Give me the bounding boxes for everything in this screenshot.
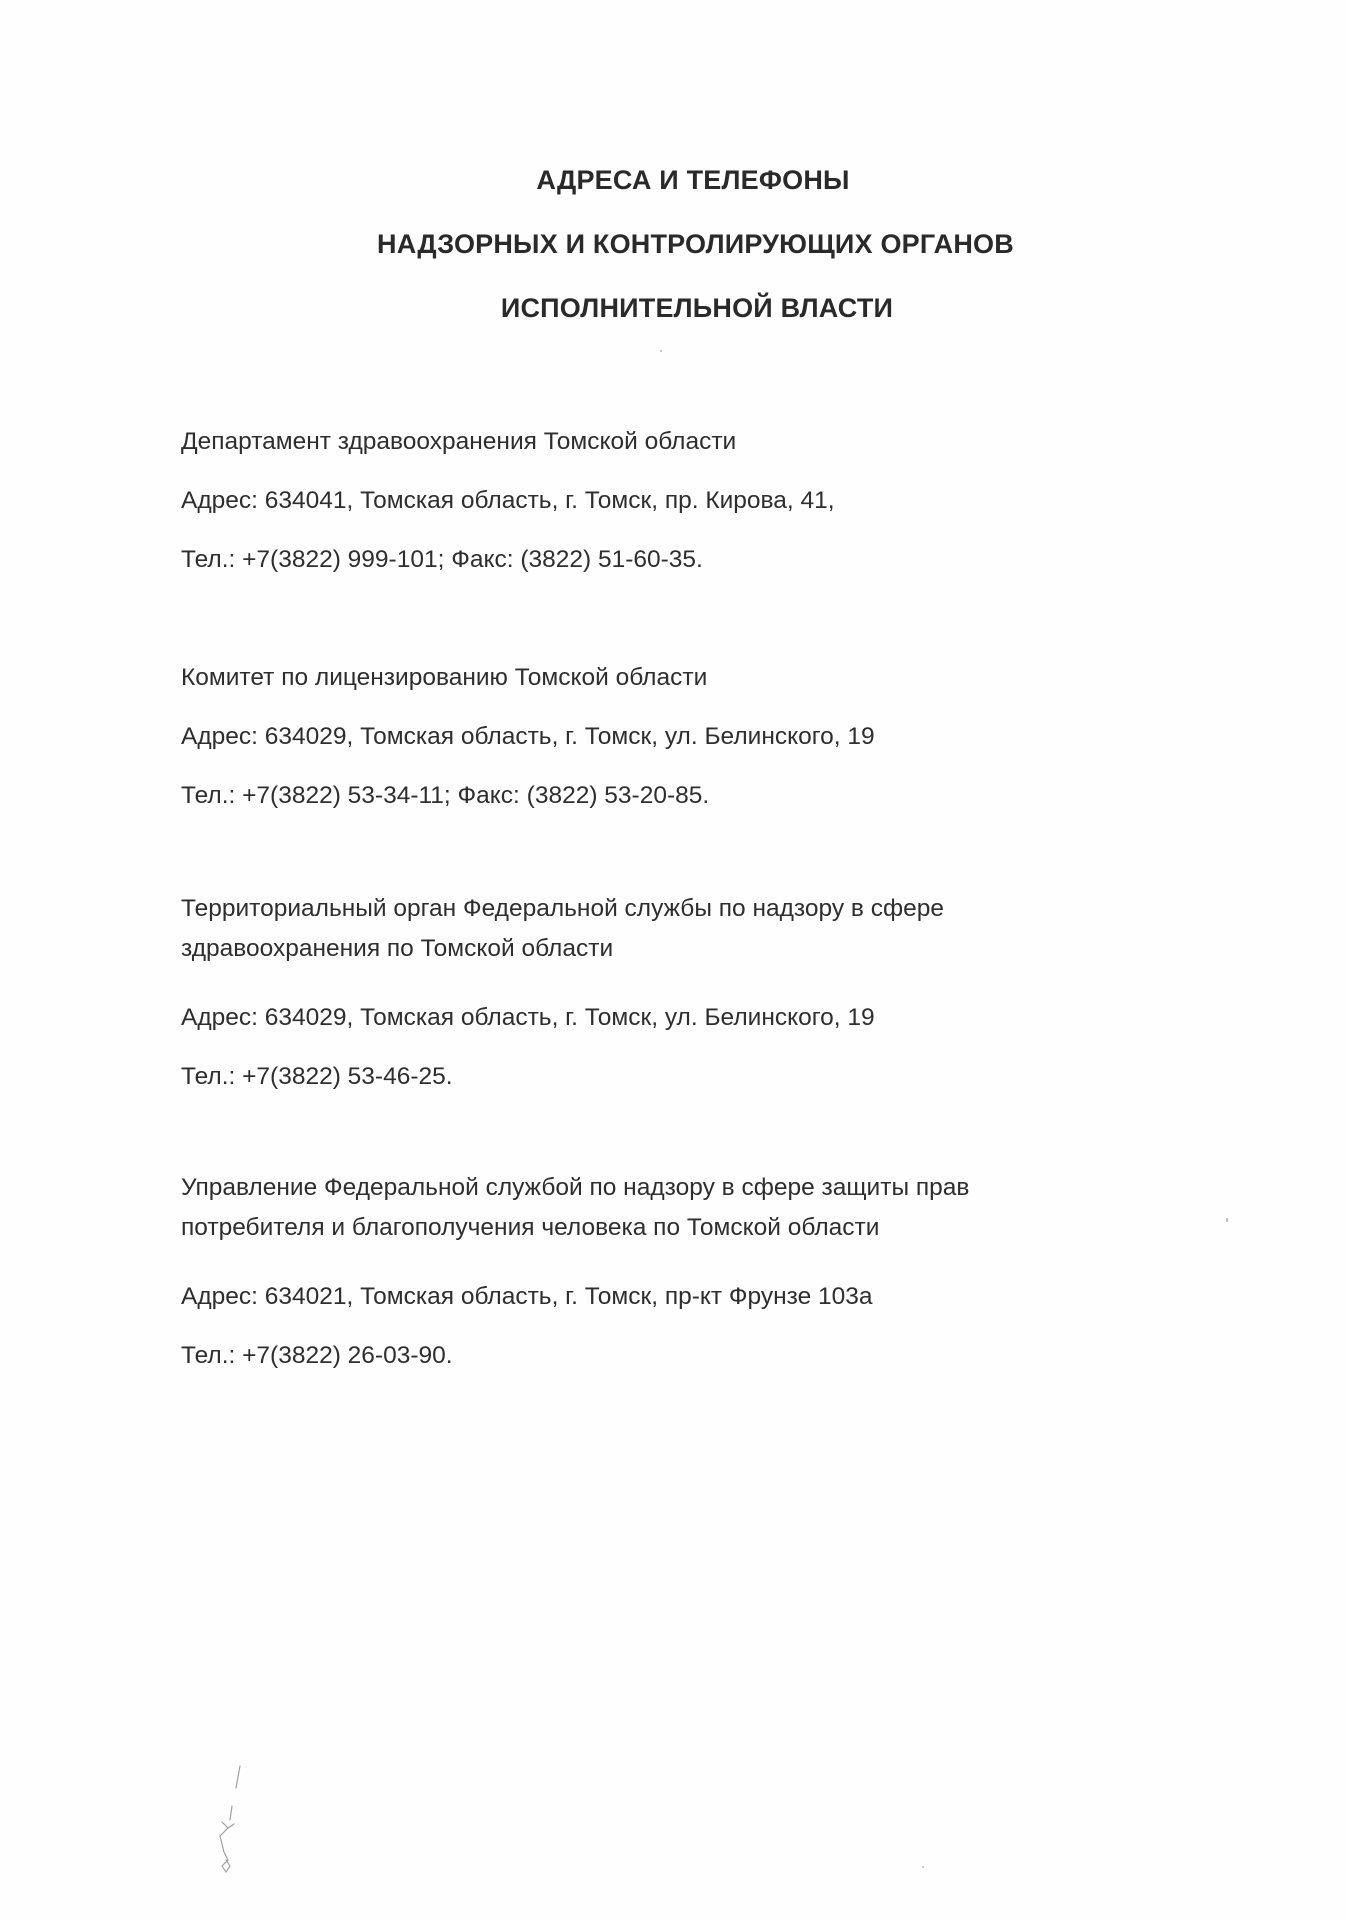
org-phone: Тел.: +7(3822) 53-34-11; Факс: (3822) 53… [181, 766, 1141, 825]
org-name-line-1: Управление Федеральной службой по надзор… [181, 1168, 1141, 1208]
org-health-department: Департамент здравоохранения Томской обла… [181, 412, 1141, 589]
scanned-page: АДРЕСА И ТЕЛЕФОНЫ НАДЗОРНЫХ И КОНТРОЛИРУ… [0, 0, 1346, 1920]
org-name: Департамент здравоохранения Томской обла… [181, 412, 1141, 471]
org-address: Адрес: 634029, Томская область, г. Томск… [181, 707, 1141, 766]
pencil-mark-icon [210, 1762, 250, 1882]
org-name-line-1: Территориальный орган Федеральной службы… [181, 889, 1141, 929]
title-line-1: АДРЕСА И ТЕЛЕФОНЫ [0, 148, 1346, 212]
document-title: АДРЕСА И ТЕЛЕФОНЫ НАДЗОРНЫХ И КОНТРОЛИРУ… [0, 148, 1346, 340]
org-phone: Тел.: +7(3822) 999-101; Факс: (3822) 51-… [181, 530, 1141, 589]
org-licensing-committee: Комитет по лицензированию Томской област… [181, 648, 1141, 825]
org-name-line-2: здравоохранения по Томской области [181, 929, 1141, 988]
org-address: Адрес: 634021, Томская область, г. Томск… [181, 1267, 1141, 1326]
org-rospotrebnadzor: Управление Федеральной службой по надзор… [181, 1168, 1141, 1385]
org-address: Адрес: 634029, Томская область, г. Томск… [181, 988, 1141, 1047]
org-phone: Тел.: +7(3822) 53-46-25. [181, 1047, 1141, 1106]
scan-speck [922, 1866, 924, 1868]
org-phone: Тел.: +7(3822) 26-03-90. [181, 1326, 1141, 1385]
title-line-2: НАДЗОРНЫХ И КОНТРОЛИРУЮЩИХ ОРГАНОВ [0, 212, 1346, 276]
scan-speck [1226, 1218, 1228, 1222]
org-roszdravnadzor: Территориальный орган Федеральной службы… [181, 889, 1141, 1106]
title-line-3: ИСПОЛНИТЕЛЬНОЙ ВЛАСТИ [0, 276, 1346, 340]
org-name: Комитет по лицензированию Томской област… [181, 648, 1141, 707]
org-address: Адрес: 634041, Томская область, г. Томск… [181, 471, 1141, 530]
scan-speck [660, 350, 662, 352]
org-name-line-2: потребителя и благополучения человека по… [181, 1208, 1141, 1267]
